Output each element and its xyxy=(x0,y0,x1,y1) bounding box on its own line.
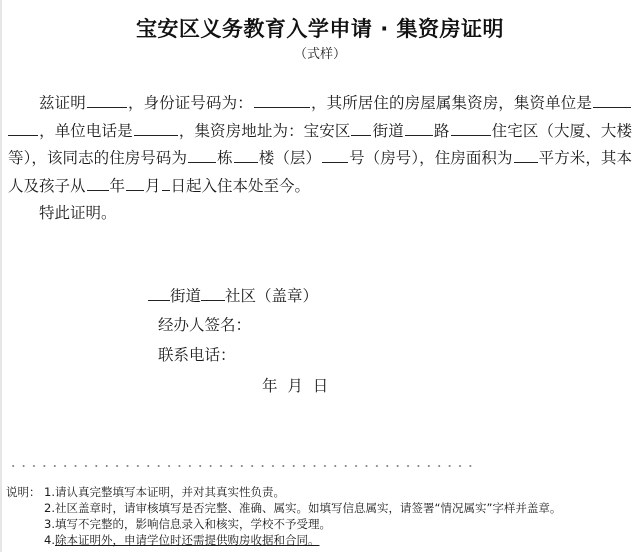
note-number: 4. xyxy=(44,533,55,547)
date-label: 年 月 日 xyxy=(262,374,328,396)
street-label: 街道 xyxy=(170,287,201,305)
building-blank[interactable] xyxy=(188,147,216,163)
note-number: 2. xyxy=(44,501,55,515)
unit-phone-blank[interactable] xyxy=(134,120,178,136)
note-number: 3. xyxy=(44,517,55,531)
contact-phone-label: 联系电话： xyxy=(158,343,236,365)
text-segment: 日起入住本处至今。 xyxy=(171,177,311,195)
room-number-blank[interactable] xyxy=(322,147,348,163)
page-edge xyxy=(0,0,2,552)
closing-statement: 特此证明。 xyxy=(8,200,632,228)
road-blank[interactable] xyxy=(405,120,433,136)
unit-name-blank-cont[interactable] xyxy=(8,120,38,136)
floor-blank[interactable] xyxy=(234,147,258,163)
month-blank[interactable] xyxy=(126,175,144,191)
id-number-blank[interactable] xyxy=(254,92,310,108)
note-item: 1.请认真完整填写本证明，并对其真实性负责。 xyxy=(44,484,285,500)
document-subtitle: （式样） xyxy=(0,43,640,62)
text-segment: 年 xyxy=(110,177,126,195)
certificate-body: 兹证明，身份证号码为：，其所居住的房屋属集资房，集资单位是，单位电话是，集资房地… xyxy=(8,90,632,228)
day-blank[interactable] xyxy=(162,175,170,191)
community-stamp-label: 社区（盖章） xyxy=(225,287,318,305)
note-item-underlined: 4.除本证明外，申请学位时还需提供购房收据和合同。 xyxy=(44,532,319,548)
dotted-separator xyxy=(8,465,473,467)
street-blank[interactable] xyxy=(351,120,371,136)
note-text: 请认真完整填写本证明，并对其真实性负责。 xyxy=(55,485,285,499)
text-segment: ，单位电话是 xyxy=(39,122,133,140)
note-text: 填写不完整的，影响信息录入和核实，学校不予受理。 xyxy=(55,517,331,531)
text-segment: 兹证明 xyxy=(39,94,86,112)
community-stamp-blank[interactable] xyxy=(201,285,225,301)
certificate-page: 宝安区义务教育入学申请 · 集资房证明 （式样） 兹证明，身份证号码为：，其所居… xyxy=(0,0,640,552)
notes-label: 说明： xyxy=(6,484,41,500)
year-blank[interactable] xyxy=(87,175,109,191)
text-segment: ，集资房地址为：宝安区 xyxy=(179,122,351,140)
document-title: 宝安区义务教育入学申请 · 集资房证明 xyxy=(0,13,640,43)
note-item: 2.社区盖章时，请审核填写是否完整、准确、属实。如填写信息属实，请签署“情况属实… xyxy=(44,500,561,516)
name-blank[interactable] xyxy=(87,92,127,108)
unit-name-blank[interactable] xyxy=(593,92,631,108)
text-segment: 月 xyxy=(145,177,161,195)
text-segment: 街道 xyxy=(372,122,403,140)
note-text: 除本证明外，申请学位时还需提供购房收据和合同。 xyxy=(55,533,320,547)
note-number: 1. xyxy=(44,485,55,499)
note-text: 社区盖章时，请审核填写是否完整、准确、属实。如填写信息属实，请签署“情况属实”字… xyxy=(55,501,561,515)
note-item: 3.填写不完整的，影响信息录入和核实，学校不予受理。 xyxy=(44,516,331,532)
text-segment: ，身份证号码为： xyxy=(128,94,253,112)
text-segment: 栋 xyxy=(217,149,233,167)
street-stamp-blank[interactable] xyxy=(148,285,170,301)
text-segment: 路 xyxy=(434,122,450,140)
area-blank[interactable] xyxy=(514,147,538,163)
text-segment: ，其所居住的房屋属集资房，集资单位是 xyxy=(311,94,592,112)
residence-blank[interactable] xyxy=(451,120,491,136)
text-segment: 楼（层） xyxy=(259,149,321,167)
certificate-paragraph: 兹证明，身份证号码为：，其所居住的房屋属集资房，集资单位是，单位电话是，集资房地… xyxy=(8,90,632,200)
handler-signature-label: 经办人签名： xyxy=(158,313,251,335)
text-segment: 号（房号），住房面积为 xyxy=(349,149,513,167)
stamp-line: 街道社区（盖章） xyxy=(148,284,318,306)
